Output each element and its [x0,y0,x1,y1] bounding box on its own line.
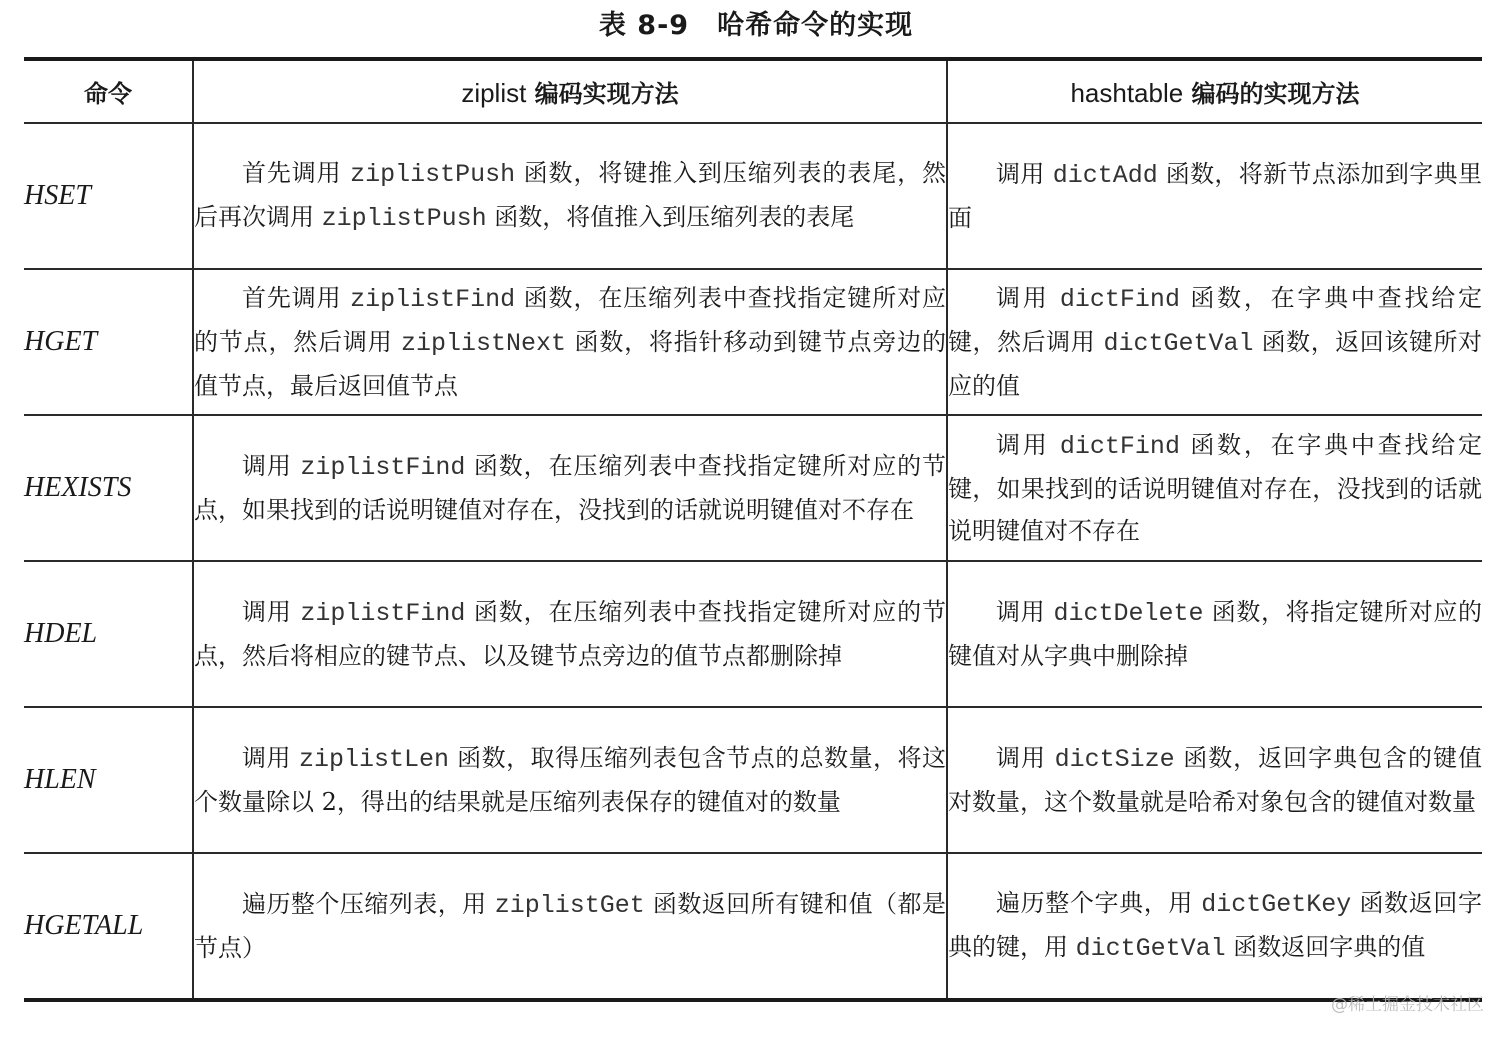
hashtable-impl-text: 遍历整个字典，用 dictGetKey 函数返回字典的键，用 dictGetVa… [948,882,1482,970]
function-name: ziplistFind [300,599,465,628]
ziplist-impl-text: 调用 ziplistFind 函数，在压缩列表中查找指定键所对应的节点，然后将相… [194,591,946,677]
command-cell: HLEN [24,707,193,853]
header-ziplist-label: 编码实现方法 [526,80,678,108]
function-name: ziplistPush [322,204,487,233]
description-text: 调用 [996,160,1053,188]
hashtable-impl-cell: 调用 dictFind 函数，在字典中查找给定键，如果找到的话说明键值对存在，没… [947,415,1482,561]
ziplist-impl-text: 首先调用 ziplistPush 函数，将键推入到压缩列表的表尾，然后再次调用 … [194,152,946,240]
header-row: 命令 ziplist 编码实现方法 hashtable 编码的实现方法 [24,59,1482,123]
header-ziplist-keyword: ziplist [461,78,526,108]
header-hashtable-keyword: hashtable [1070,78,1183,108]
table-row-hexists: HEXISTS 调用 ziplistFind 函数，在压缩列表中查找指定键所对应… [24,415,1482,561]
description-text: 遍历整个压缩列表，用 [242,890,495,918]
table-row-hlen: HLEN 调用 ziplistLen 函数，取得压缩列表包含节点的总数量，将这个… [24,707,1482,853]
function-name: ziplistLen [299,745,449,774]
hashtable-impl-text: 调用 dictFind 函数，在字典中查找给定键，然后调用 dictGetVal… [948,277,1482,407]
description-text: 遍历整个字典，用 [996,889,1201,917]
function-name: ziplistPush [350,160,515,189]
header-command: 命令 [24,59,193,123]
description-text: 首先调用 [242,284,350,312]
ziplist-impl-text: 遍历整个压缩列表，用 ziplistGet 函数返回所有键和值（都是节点） [194,883,946,969]
function-name: dictFind [1060,285,1180,314]
hashtable-impl-cell: 调用 dictFind 函数，在字典中查找给定键，然后调用 dictGetVal… [947,269,1482,415]
function-name: ziplistNext [401,329,566,358]
hashtable-impl-cell: 调用 dictDelete 函数，将指定键所对应的键值对从字典中删除掉 [947,561,1482,707]
ziplist-impl-cell: 首先调用 ziplistFind 函数，在压缩列表中查找指定键所对应的节点，然后… [193,269,947,415]
ziplist-impl-cell: 调用 ziplistFind 函数，在压缩列表中查找指定键所对应的节点，然后将相… [193,561,947,707]
description-text: 调用 [996,744,1055,772]
ziplist-impl-cell: 首先调用 ziplistPush 函数，将键推入到压缩列表的表尾，然后再次调用 … [193,123,947,269]
hashtable-impl-text: 调用 dictFind 函数，在字典中查找给定键，如果找到的话说明键值对存在，没… [948,424,1482,552]
function-name: dictFind [1060,432,1180,461]
hashtable-impl-text: 调用 dictSize 函数，返回字典包含的键值对数量，这个数量就是哈希对象包含… [948,737,1482,823]
command-cell: HGET [24,269,193,415]
ziplist-impl-text: 调用 ziplistLen 函数，取得压缩列表包含节点的总数量，将这个数量除以 … [194,737,946,823]
command-cell: HEXISTS [24,415,193,561]
hashtable-impl-text: 调用 dictDelete 函数，将指定键所对应的键值对从字典中删除掉 [948,591,1482,677]
description-text: 调用 [996,431,1060,459]
description-text: 调用 [996,284,1060,312]
table-row-hdel: HDEL 调用 ziplistFind 函数，在压缩列表中查找指定键所对应的节点… [24,561,1482,707]
description-text: 函数返回字典的值 [1226,933,1426,961]
hashtable-impl-text: 调用 dictAdd 函数，将新节点添加到字典里面 [948,153,1482,239]
hash-command-table: 命令 ziplist 编码实现方法 hashtable 编码的实现方法 HSET… [24,57,1482,1002]
header-hashtable-label: 编码的实现方法 [1183,80,1359,108]
ziplist-impl-cell: 调用 ziplistFind 函数，在压缩列表中查找指定键所对应的节点，如果找到… [193,415,947,561]
ziplist-impl-text: 首先调用 ziplistFind 函数，在压缩列表中查找指定键所对应的节点，然后… [194,277,946,407]
function-name: ziplistGet [495,891,645,920]
table-title: 哈希命令的实现 [717,10,913,41]
command-cell: HGETALL [24,853,193,1000]
ziplist-impl-cell: 调用 ziplistLen 函数，取得压缩列表包含节点的总数量，将这个数量除以 … [193,707,947,853]
function-name: dictDelete [1054,599,1204,628]
header-hashtable: hashtable 编码的实现方法 [947,59,1482,123]
description-text: 调用 [242,598,300,626]
table-number: 表 8-9 [599,10,689,41]
watermark: @稀土掘金技术社区 [1331,990,1484,1015]
description-text: 首先调用 [242,159,350,187]
description-text: 调用 [996,598,1054,626]
hashtable-impl-cell: 调用 dictAdd 函数，将新节点添加到字典里面 [947,123,1482,269]
table-row-hget: HGET 首先调用 ziplistFind 函数，在压缩列表中查找指定键所对应的… [24,269,1482,415]
hashtable-impl-cell: 调用 dictSize 函数，返回字典包含的键值对数量，这个数量就是哈希对象包含… [947,707,1482,853]
table-row-hgetall: HGETALL 遍历整个压缩列表，用 ziplistGet 函数返回所有键和值（… [24,853,1482,1000]
table-row-hset: HSET 首先调用 ziplistPush 函数，将键推入到压缩列表的表尾，然后… [24,123,1482,269]
table-caption: 表 8-9哈希命令的实现 [0,6,1512,46]
hashtable-impl-cell: 遍历整个字典，用 dictGetKey 函数返回字典的键，用 dictGetVa… [947,853,1482,1000]
ziplist-impl-cell: 遍历整个压缩列表，用 ziplistGet 函数返回所有键和值（都是节点） [193,853,947,1000]
description-text: 调用 [242,744,299,772]
function-name: dictGetVal [1076,934,1226,963]
function-name: dictGetKey [1201,890,1351,919]
ziplist-impl-text: 调用 ziplistFind 函数，在压缩列表中查找指定键所对应的节点，如果找到… [194,445,946,531]
description-text: 函数，将值推入到压缩列表的表尾 [487,203,855,231]
function-name: dictGetVal [1103,329,1253,358]
function-name: ziplistFind [300,453,465,482]
description-text: 调用 [242,452,300,480]
command-cell: HSET [24,123,193,269]
function-name: ziplistFind [350,285,515,314]
function-name: dictSize [1055,745,1175,774]
header-ziplist: ziplist 编码实现方法 [193,59,947,123]
function-name: dictAdd [1053,161,1158,190]
command-cell: HDEL [24,561,193,707]
